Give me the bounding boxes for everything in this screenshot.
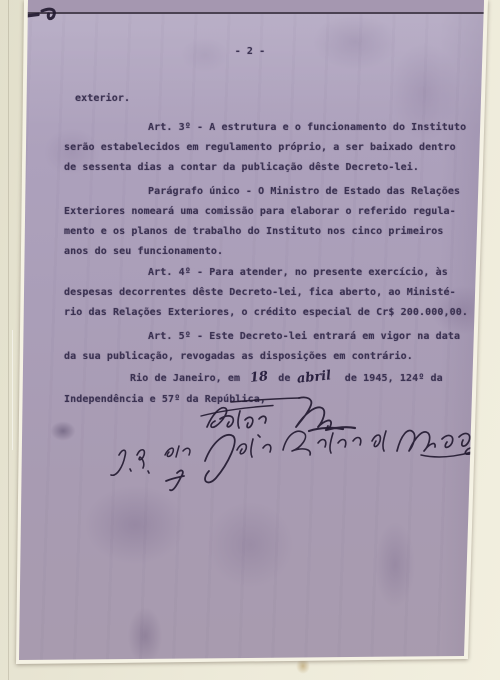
typed-text-line: despesas decorrentes dêste Decreto-lei, … bbox=[64, 283, 474, 303]
paragraph-exterior: exterior. bbox=[75, 89, 485, 109]
page-number: - 2 - bbox=[60, 42, 440, 62]
paragraph-art-4: Art. 4º - Para atender, no presente exer… bbox=[64, 263, 474, 323]
typed-text-line: Art. 4º - Para atender, no presente exer… bbox=[64, 263, 474, 283]
paraph-mark: F bbox=[166, 470, 184, 490]
typed-text-line: serão estabelecidos em regulamento própr… bbox=[64, 138, 474, 158]
date-suffix: de 1945, 124º da bbox=[345, 369, 443, 389]
typed-text-line: da sua publicação, revogadas as disposiç… bbox=[64, 347, 474, 367]
date-prefix: Rio de Janeiro, em bbox=[130, 369, 240, 389]
typed-text-line: mento e os planos de trabalho do Institu… bbox=[64, 222, 474, 242]
handwritten-month: abril bbox=[296, 369, 332, 387]
decree-page: J - 2 - exterior. Art. 3º - A estrutura … bbox=[0, 0, 500, 680]
typed-text-line: rio das Relações Exteriores, o crédito e… bbox=[64, 303, 474, 323]
document-page-wrap: J - 2 - exterior. Art. 3º - A estrutura … bbox=[0, 0, 500, 680]
typed-text-line: de sessenta dias a contar da publicação … bbox=[64, 158, 474, 178]
typed-text-line: Art. 3º - A estrutura e o funcionamento … bbox=[64, 118, 474, 138]
reviewer-initials-jr: J.R. bbox=[111, 450, 149, 475]
paragraph-paragrafo-unico: Parágrafo único - O Ministro de Estado d… bbox=[64, 182, 474, 262]
signatures-block: Getúlio Vargas José Roberto de Macedo So… bbox=[85, 393, 495, 508]
signature-jose-roberto-de-macedo-soares: José Roberto de Macedo Soares bbox=[165, 431, 489, 483]
typed-text-line: Art. 5º - Este Decreto-lei entrará em vi… bbox=[64, 327, 474, 347]
paragraph-art-5: Art. 5º - Este Decreto-lei entrará em vi… bbox=[64, 327, 474, 367]
date-line: Rio de Janeiro, em 18 de abril de 1945, … bbox=[130, 369, 443, 389]
handwritten-day: 18 bbox=[249, 370, 268, 386]
framed-document-photo: J - 2 - exterior. Art. 3º - A estrutura … bbox=[0, 0, 500, 680]
paragraph-art-3: Art. 3º - A estrutura e o funcionamento … bbox=[64, 118, 474, 178]
date-de: de bbox=[278, 369, 290, 389]
signature-getulio-vargas: Getúlio Vargas bbox=[201, 397, 355, 431]
typed-text-line: Exteriores nomeará uma comissão para ela… bbox=[64, 202, 474, 222]
typed-text-line: exterior. bbox=[75, 89, 485, 109]
typed-text-line: Parágrafo único - O Ministro de Estado d… bbox=[64, 182, 474, 202]
ink-mark-icon: J bbox=[22, 2, 76, 28]
typed-text-line: anos do seu funcionamento. bbox=[64, 242, 474, 262]
